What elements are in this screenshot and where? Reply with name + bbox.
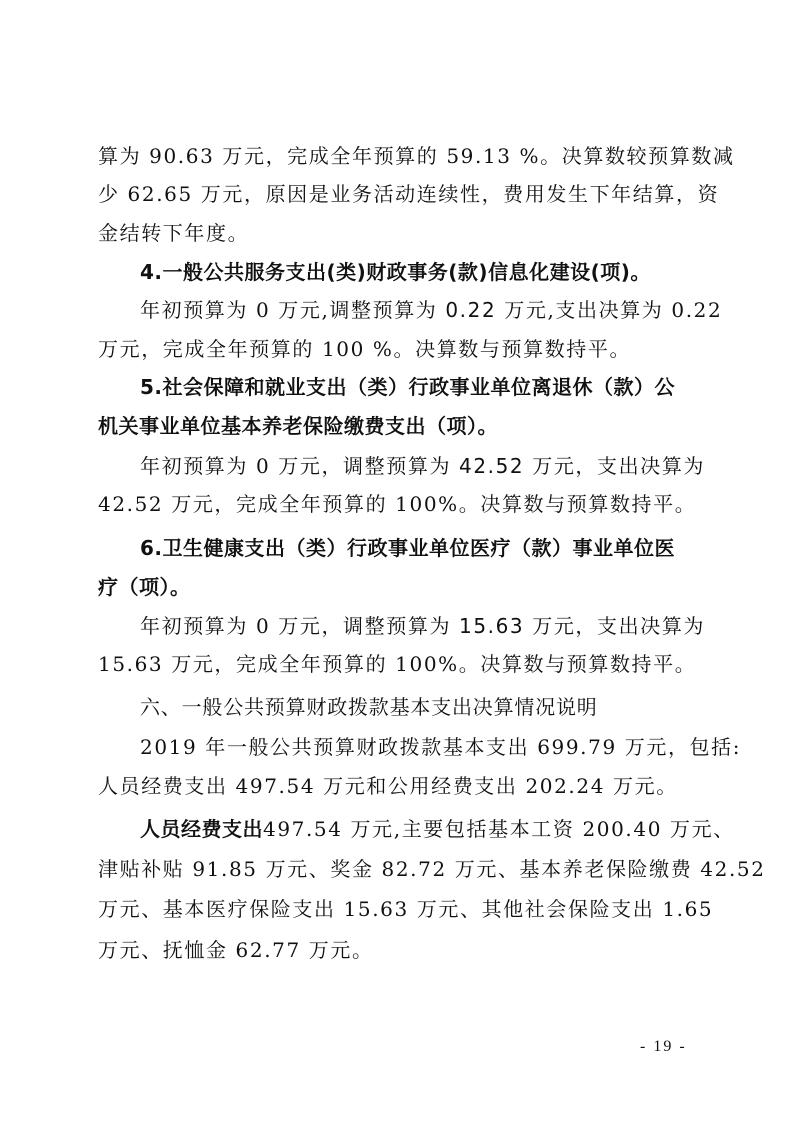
text-segment: 497.54 万元,主要包括基本工资 200.40 万元、 <box>263 817 735 841</box>
section-6-heading: 6.卫生健康支出（类）行政事业单位医疗（款）事业单位医 <box>140 535 700 561</box>
section-4-line-1: 年初预算为 0 万元,调整预算为 0.22 万元,支出决算为 0.22 <box>140 297 700 323</box>
page-number: - 19 - <box>640 1038 687 1056</box>
paragraph-line: 算为 90.63 万元，完成全年预算的 59.13 %。决算数较预算数减 <box>98 143 700 169</box>
section-5-line-1: 年初预算为 0 万元，调整预算为 42.52 万元，支出决算为 <box>140 453 700 479</box>
value-adjusted-budget: 42.52 <box>459 454 524 478</box>
section-5-heading: 5.社会保障和就业支出（类）行政事业单位离退休（款）公 <box>140 374 700 400</box>
value-adjusted-budget: 15.63 <box>459 614 524 638</box>
section-6-line-1: 年初预算为 0 万元，调整预算为 15.63 万元，支出决算为 <box>140 613 700 639</box>
section-6-heading-cont: 疗（项）。 <box>98 574 700 600</box>
text-segment: 年初预算为 0 万元，调整预算为 <box>140 454 459 478</box>
personnel-line-4: 万元、抚恤金 62.77 万元。 <box>98 937 700 963</box>
text-segment: 万元,支出决算为 0.22 <box>496 298 722 322</box>
part-6-line-2: 人员经费支出 497.54 万元和公用经费支出 202.24 万元。 <box>98 773 700 799</box>
personnel-line-2: 津贴补贴 91.85 万元、奖金 82.72 万元、基本养老保险缴费 42.52 <box>98 856 700 882</box>
personnel-line-3: 万元、基本医疗保险支出 15.63 万元、其他社会保险支出 1.65 <box>98 896 700 922</box>
text-segment: 年初预算为 0 万元，调整预算为 <box>140 614 459 638</box>
section-4-heading: 4.一般公共服务支出(类)财政事务(款)信息化建设(项)。 <box>140 259 700 285</box>
section-5-line-2: 42.52 万元，完成全年预算的 100%。决算数与预算数持平。 <box>98 491 700 517</box>
section-4-line-2: 万元，完成全年预算的 100 %。决算数与预算数持平。 <box>98 336 700 362</box>
section-6-line-2: 15.63 万元，完成全年预算的 100%。决算数与预算数持平。 <box>98 651 700 677</box>
section-5-heading-cont: 机关事业单位基本养老保险缴费支出（项）。 <box>98 413 700 439</box>
personnel-line-1: 人员经费支出497.54 万元,主要包括基本工资 200.40 万元、 <box>140 816 700 842</box>
text-segment: 万元，支出决算为 <box>524 454 705 478</box>
part-6-heading: 六、一般公共预算财政拨款基本支出决算情况说明 <box>140 694 700 720</box>
paragraph-line: 金结转下年度。 <box>98 220 700 246</box>
value-adjusted-budget: 0.22 <box>445 298 496 322</box>
text-segment: 万元，支出决算为 <box>524 614 705 638</box>
text-segment: 年初预算为 0 万元,调整预算为 <box>140 298 445 322</box>
part-6-line-1: 2019 年一般公共预算财政拨款基本支出 699.79 万元，包括: <box>140 734 700 760</box>
paragraph-line: 少 62.65 万元，原因是业务活动连续性，费用发生下年结算，资 <box>98 181 700 207</box>
personnel-label: 人员经费支出 <box>140 817 263 841</box>
